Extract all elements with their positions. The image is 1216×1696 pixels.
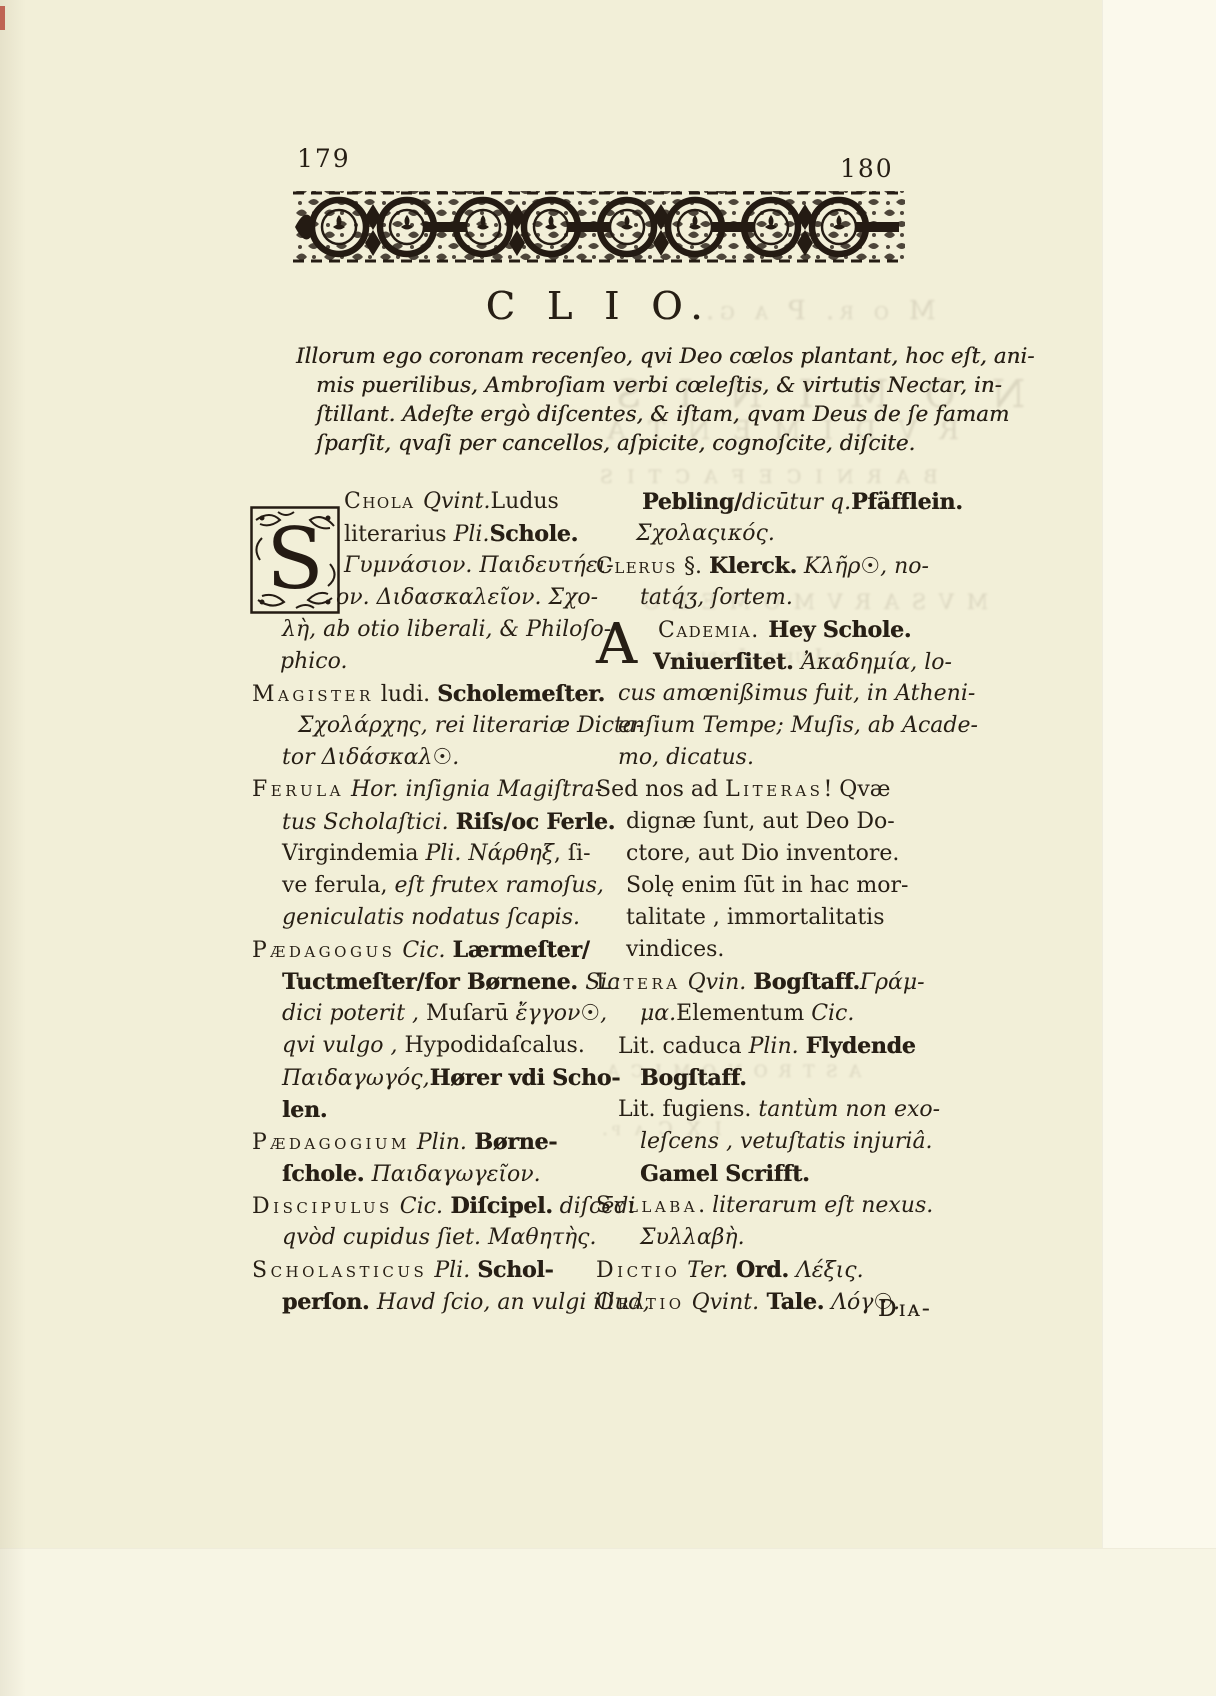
text-line: Virgindemia Pli. Νάρθηξ, ſi- — [252, 838, 596, 870]
text-segment-gk: ον. Διδασκαλεῖον. Σχο- — [336, 585, 598, 610]
text-segment-rm: ludi. — [374, 682, 437, 707]
text-segment-gk: Παιδαγωγός, — [282, 1066, 430, 1091]
text-segment-rm: Hypodidaſcalus. — [404, 1033, 584, 1058]
text-line: Παιδαγωγός,Hører vdi Scho- — [252, 1062, 596, 1094]
entry-discipulus: Discipulus Cic. Diſcipel. diſcēdiqvòd cu… — [252, 1190, 596, 1254]
text-line: dici poterit , Muſarū ἔγγον☉, — [252, 998, 596, 1030]
text-segment-it: eſt frutex ramoſus, — [394, 873, 603, 898]
text-segment-sc2: Pædagogium — [252, 1130, 410, 1155]
entry-paedagogus: Pædagogus Cic. Lærmeſter/Tuctmeſter/for … — [252, 934, 596, 1126]
text-segment-rm: Lit. caduca — [618, 1034, 749, 1059]
binding-shadow — [0, 0, 26, 1696]
text-segment-sc2: Discipulus — [252, 1194, 393, 1219]
text-line: cus amœnißimus fuit, in Atheni- — [596, 678, 940, 710]
entry-ferula: Ferula Hor. inſignia Magiſtra-tus Schola… — [252, 774, 596, 934]
text-segment-sc2: Pædagogus — [252, 938, 395, 963]
text-line: Syllaba. literarum eſt nexus. — [596, 1190, 940, 1222]
text-segment-gk: Σχολαςικός. — [636, 521, 775, 546]
text-segment-it: Plin. — [749, 1034, 806, 1059]
text-segment-bl: Hey Schole. — [768, 617, 911, 643]
text-line: Scholasticus Pli. Schol- — [252, 1254, 596, 1286]
text-line: Pædagogus Cic. Lærmeſter/ — [252, 934, 596, 966]
text-line: Clerus §. Klerck. Κλῆρ☉, no- — [596, 550, 940, 582]
text-segment-gk: Λέξις. — [789, 1258, 864, 1283]
text-line: mo, dicatus. — [596, 742, 940, 774]
text-segment-gk: Μαθητὴς. — [488, 1225, 596, 1250]
entry-academia: ACademia. Hey Schole.Vniuerſitet. Ἀκαδημ… — [596, 614, 940, 774]
text-segment-bl: Schol- — [477, 1257, 553, 1283]
text-segment-it: qvi vulgo , — [282, 1033, 404, 1058]
text-line: Tuctmeſter/for Børnene. Sic — [252, 966, 596, 998]
text-segment-gk: Γράμ- — [860, 970, 925, 995]
text-segment-sc2: Litera — [596, 970, 681, 995]
text-segment-rm: Ludus — [491, 489, 559, 514]
bleedthrough-text: B A R N I C E F A C T I S — [596, 466, 938, 488]
text-line: tus Scholaſtici. Riſs/oc Ferle. — [252, 806, 596, 838]
text-line: qvi vulgo , Hypodidaſcalus. — [252, 1030, 596, 1062]
catchword: Dia- — [596, 1296, 932, 1322]
text-segment-sc: Cademia. — [658, 618, 768, 643]
text-line: Σχολαςικός. — [596, 518, 940, 550]
entry-lit-fugiens: Lit. fugiens. tantùm non exo-leſcens , v… — [596, 1094, 940, 1190]
text-segment-bl: perſon. — [282, 1289, 377, 1315]
text-line: Gamel Scrifft. — [596, 1158, 940, 1190]
text-line: tor Διδάσκαλ☉. — [252, 742, 596, 774]
entry-syllaba: Syllaba. literarum eſt nexus.Συλλαβὴ. — [596, 1190, 940, 1254]
bleedthrough-text: N O M I N I S — [604, 372, 1025, 416]
text-segment-sc2: Scholasticus — [252, 1258, 427, 1283]
text-segment-rm: ve ferula, — [282, 873, 394, 898]
text-segment-rm: ctore, aut Dio inventore. — [626, 841, 899, 866]
ornate-drop-cap: S — [250, 506, 340, 624]
text-line: μα.Elementum Cic. — [596, 998, 940, 1030]
text-line: dignæ ſunt, aut Deo Do- — [596, 806, 940, 838]
text-segment-gk: Γυμνάσιον. Παιδευτήει- — [344, 553, 614, 578]
text-segment-it: , lo- — [910, 650, 952, 675]
text-segment-gk: Κλῆρ☉ — [797, 554, 880, 579]
text-segment-rm: Elementum — [676, 1001, 811, 1026]
text-segment-rm: vindices. — [626, 937, 724, 962]
text-segment-bl: Schole. — [489, 521, 578, 547]
text-line: vindices. — [596, 934, 940, 966]
text-segment-gk: ἔγγον☉, — [516, 1001, 607, 1026]
text-segment-it: , no- — [880, 554, 929, 579]
text-segment-it: Ter. — [680, 1258, 728, 1283]
entry-scholasticus: Scholasticus Pli. Schol-perſon. Havd ſci… — [252, 1254, 596, 1318]
text-segment-sc2: Ferula — [252, 777, 344, 802]
text-segment-it: Qvint. — [423, 489, 491, 514]
text-line: Lit. caduca Plin. Flydende — [596, 1030, 940, 1062]
scan-page: 179 180 — [0, 0, 1216, 1696]
text-segment-gk: Νάρθηξ — [461, 841, 554, 866]
text-segment-bl: Klerck. — [709, 553, 797, 579]
ornament-band — [293, 186, 905, 272]
text-segment-bl: Riſs/oc Ferle. — [456, 809, 615, 835]
text-segment-rm: , ſi- — [554, 841, 591, 866]
text-line: qvòd cupidus ſiet. Μαθητὴς. — [252, 1222, 596, 1254]
text-segment-it: mo, dicatus. — [618, 745, 754, 770]
text-segment-it: dicūtur q. — [742, 490, 851, 515]
text-segment-it: enſium Tempe; Muſis, ab Acade- — [618, 713, 978, 738]
text-line: Pædagogium Plin. Børne- — [252, 1126, 596, 1158]
bleedthrough-text: I X C a p. — [598, 1118, 722, 1140]
text-segment-bl: Ord. — [728, 1257, 788, 1283]
text-segment-rm: Sed nos ad — [596, 777, 725, 802]
text-line: Solę enim ſūt in hac mor- — [596, 870, 940, 902]
text-segment-bl: Gamel Scrifft. — [640, 1161, 810, 1187]
text-segment-bl: len. — [282, 1097, 327, 1123]
text-line: phico. — [252, 646, 596, 678]
entry-paedagogium: Pædagogium Plin. Børne-ſchole. Παιδαγωγε… — [252, 1126, 596, 1190]
text-segment-gk: Παιδαγωγεῖον. — [372, 1162, 541, 1187]
text-line: perſon. Havd ſcio, an vulgi illud, — [252, 1286, 596, 1318]
text-segment-rm: dignæ ſunt, aut Deo Do- — [626, 809, 895, 834]
text-segment-it: Plin. — [410, 1130, 467, 1155]
entry-litera: Litera Qvin. Bogſtaff.Γράμ-μα.Elementum … — [596, 966, 940, 1030]
svg-text:S: S — [266, 510, 324, 608]
entry-sed-nos-ad-literas: Sed nos ad Literas! Qvædignæ ſunt, aut D… — [596, 774, 940, 966]
text-segment-gk: Διδάσκαλ☉. — [322, 745, 460, 770]
text-segment-bl: Børne- — [467, 1129, 557, 1155]
text-segment-sc: Chola — [344, 489, 423, 514]
text-segment-rm: . — [698, 1193, 712, 1218]
text-line: Pebling/dicūtur q.Pfäfflein. — [596, 486, 940, 518]
text-segment-bl: Hører vdi Scho- — [430, 1065, 621, 1091]
page-number-left: 179 — [297, 144, 351, 173]
text-segment-it: qvòd cupidus ſiet. — [282, 1225, 488, 1250]
page-edge-bottom — [0, 1548, 1216, 1696]
entry-pebling: Pebling/dicūtur q.Pfäfflein.Σχολαςικός. — [596, 486, 940, 550]
text-segment-sc2: Magister — [252, 682, 374, 707]
text-segment-bl: Pfäfflein. — [851, 489, 963, 515]
text-segment-sc2: Dictio — [596, 1258, 680, 1283]
text-line: ve ferula, eſt frutex ramoſus, — [252, 870, 596, 902]
text-segment-bl: Lærmeſter/ — [453, 937, 590, 963]
page-edge-right — [1102, 0, 1216, 1696]
text-segment-gk: Σχολάρχης — [298, 713, 421, 738]
text-segment-it: tor — [282, 745, 322, 770]
scanner-mark — [0, 6, 5, 30]
text-segment-it: Pli. — [454, 522, 490, 547]
text-segment-gk: μα. — [640, 1001, 676, 1026]
text-segment-it: tus Scholaſtici. — [282, 810, 456, 835]
epigraph-line: Illorum ego coronam recenſeo, qvi Deo cœ… — [296, 342, 920, 371]
text-line: talitate , immortalitatis — [596, 902, 940, 934]
text-segment-it: tantùm non exo- — [758, 1097, 940, 1122]
text-line: len. — [252, 1094, 596, 1126]
text-segment-bl: Scholemeſter. — [437, 681, 605, 707]
text-line: Σχολάρχης, rei literariæ Dicta- — [252, 710, 596, 742]
entry-dictio: Dictio Ter. Ord. Λέξις. — [596, 1254, 940, 1286]
bleedthrough-text: M V S A R V M O M E R O — [640, 590, 988, 614]
text-segment-bl: Diſcipel. — [443, 1193, 553, 1219]
text-segment-sc: Clerus — [596, 554, 677, 579]
text-segment-it: , ab otio liberali, & Philoſo- — [309, 617, 611, 642]
initial-capital: A — [596, 614, 636, 676]
text-segment-it: Cic. — [393, 1194, 443, 1219]
text-line: Dictio Ter. Ord. Λέξις. — [596, 1254, 940, 1286]
text-line: Magister ludi. Scholemeſter. — [252, 678, 596, 710]
text-segment-it: phico. — [280, 649, 347, 674]
text-segment-rm: Muſarū — [426, 1001, 516, 1026]
text-segment-sc2: Syllaba — [596, 1193, 698, 1218]
text-line: geniculatis nodatus ſcapis. — [252, 902, 596, 934]
text-segment-sc2: Literas — [725, 777, 823, 802]
text-segment-rm: talitate , immortalitatis — [626, 905, 885, 930]
text-segment-bl: Flydende — [806, 1033, 916, 1059]
text-segment-bl: Bogſtaff. — [753, 969, 860, 995]
text-segment-it: Cic. — [811, 1001, 854, 1026]
text-line: Cademia. Hey Schole. — [596, 614, 940, 646]
text-line: ctore, aut Dio inventore. — [596, 838, 940, 870]
text-segment-bl: Tuctmeſter/for Børnene. — [282, 969, 585, 995]
entry-magister: Magister ludi. Scholemeſter.Σχολάρχης, r… — [252, 678, 596, 774]
text-segment-bl: ſchole. — [282, 1161, 372, 1187]
bleedthrough-text: A S T R O N O M I C A — [604, 1062, 861, 1082]
text-segment-it: Cic. — [395, 938, 452, 963]
bleedthrough-text: M o r. P a g. — [700, 296, 936, 326]
text-segment-it: geniculatis nodatus ſcapis. — [282, 905, 580, 930]
text-line: Ferula Hor. inſignia Magiſtra- — [252, 774, 596, 806]
bleedthrough-text: a Lupis. Lopinaa — [660, 644, 843, 668]
text-line: Συλλαβὴ. — [596, 1222, 940, 1254]
text-segment-it: Pli. — [427, 1258, 477, 1283]
left-column: S Chola Qvint.Ludusliterarius Pli.Schole… — [252, 486, 596, 1318]
text-line: Litera Qvin. Bogſtaff.Γράμ- — [596, 966, 940, 998]
text-segment-it: cus amœnißimus fuit, in Atheni- — [618, 681, 975, 706]
entry-schola: S Chola Qvint.Ludusliterarius Pli.Schole… — [252, 486, 596, 678]
text-segment-rm: Virgindemia — [282, 841, 425, 866]
text-line: enſium Tempe; Muſis, ab Acade- — [596, 710, 940, 742]
text-segment-rm: Solę enim ſūt in hac mor- — [626, 873, 908, 898]
text-segment-gk: Συλλαβὴ. — [640, 1225, 745, 1250]
text-segment-it: literarum eſt nexus. — [712, 1193, 933, 1218]
text-segment-rm: §. — [677, 554, 709, 579]
text-segment-it: Qvin. — [681, 970, 754, 995]
text-segment-it: Pli. — [425, 841, 461, 866]
text-segment-it: Hor. inſignia Magiſtra- — [344, 777, 602, 802]
text-segment-rm: ! Qvæ — [823, 777, 890, 802]
page-number-right: 180 — [840, 154, 894, 183]
text-line: Sed nos ad Literas! Qvæ — [596, 774, 940, 806]
text-segment-rm: literarius — [344, 522, 454, 547]
bleedthrough-text: R V D I M E N T A — [600, 416, 959, 446]
text-segment-it: dici poterit , — [282, 1001, 426, 1026]
text-line: ſchole. Παιδαγωγεῖον. — [252, 1158, 596, 1190]
text-segment-bl: Pebling/ — [642, 489, 742, 515]
text-line: Discipulus Cic. Diſcipel. diſcēdi — [252, 1190, 596, 1222]
